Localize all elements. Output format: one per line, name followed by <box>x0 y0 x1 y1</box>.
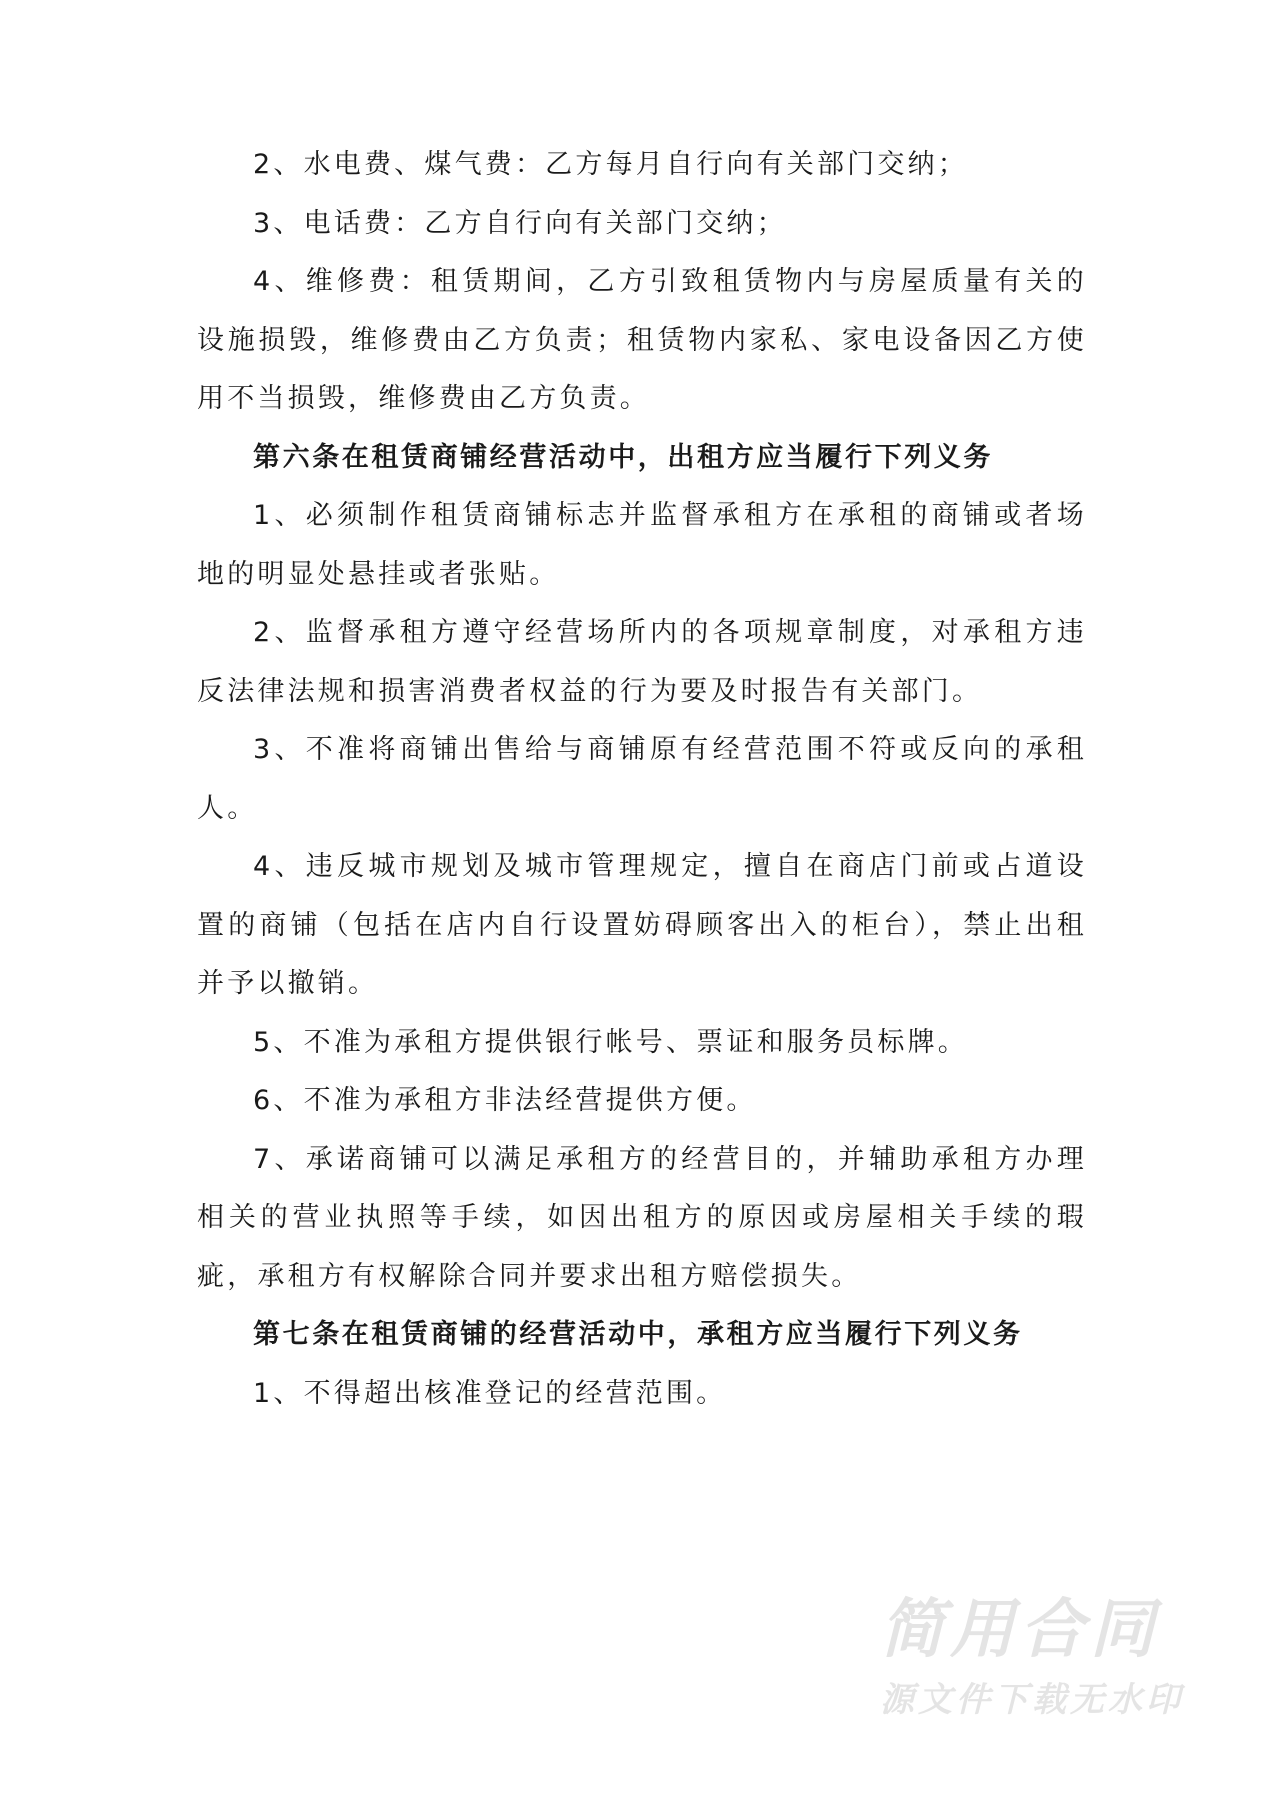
clause-item: 2、监督承租方遵守经营场所内的各项规章制度，对承租方违反法律法规和损害消费者权益… <box>197 604 1087 721</box>
clause-item: 4、维修费：租赁期间，乙方引致租赁物内与房屋质量有关的设施损毁，维修费由乙方负责… <box>197 253 1087 429</box>
watermark: 简用合同 源文件下载无水印 <box>880 1590 1200 1724</box>
clause-item: 3、电话费：乙方自行向有关部门交纳； <box>197 195 1087 254</box>
clause-item: 6、不准为承租方非法经营提供方便。 <box>197 1072 1087 1131</box>
clause-item: 1、不得超出核准登记的经营范围。 <box>197 1365 1087 1424</box>
watermark-subtitle: 源文件下载无水印 <box>880 1676 1200 1724</box>
article-heading: 第七条在租赁商铺的经营活动中，承租方应当履行下列义务 <box>197 1306 1087 1365</box>
watermark-title: 简用合同 <box>880 1590 1200 1670</box>
document-page: 2、水电费、煤气费：乙方每月自行向有关部门交纳； 3、电话费：乙方自行向有关部门… <box>197 136 1087 1423</box>
clause-item: 7、承诺商铺可以满足承租方的经营目的，并辅助承租方办理相关的营业执照等手续，如因… <box>197 1131 1087 1307</box>
clause-item: 4、违反城市规划及城市管理规定，擅自在商店门前或占道设置的商铺（包括在店内自行设… <box>197 838 1087 1014</box>
clause-item: 1、必须制作租赁商铺标志并监督承租方在承租的商铺或者场地的明显处悬挂或者张贴。 <box>197 487 1087 604</box>
clause-item: 5、不准为承租方提供银行帐号、票证和服务员标牌。 <box>197 1014 1087 1073</box>
clause-item: 2、水电费、煤气费：乙方每月自行向有关部门交纳； <box>197 136 1087 195</box>
clause-item: 3、不准将商铺出售给与商铺原有经营范围不符或反向的承租人。 <box>197 721 1087 838</box>
article-heading: 第六条在租赁商铺经营活动中，出租方应当履行下列义务 <box>197 429 1087 488</box>
